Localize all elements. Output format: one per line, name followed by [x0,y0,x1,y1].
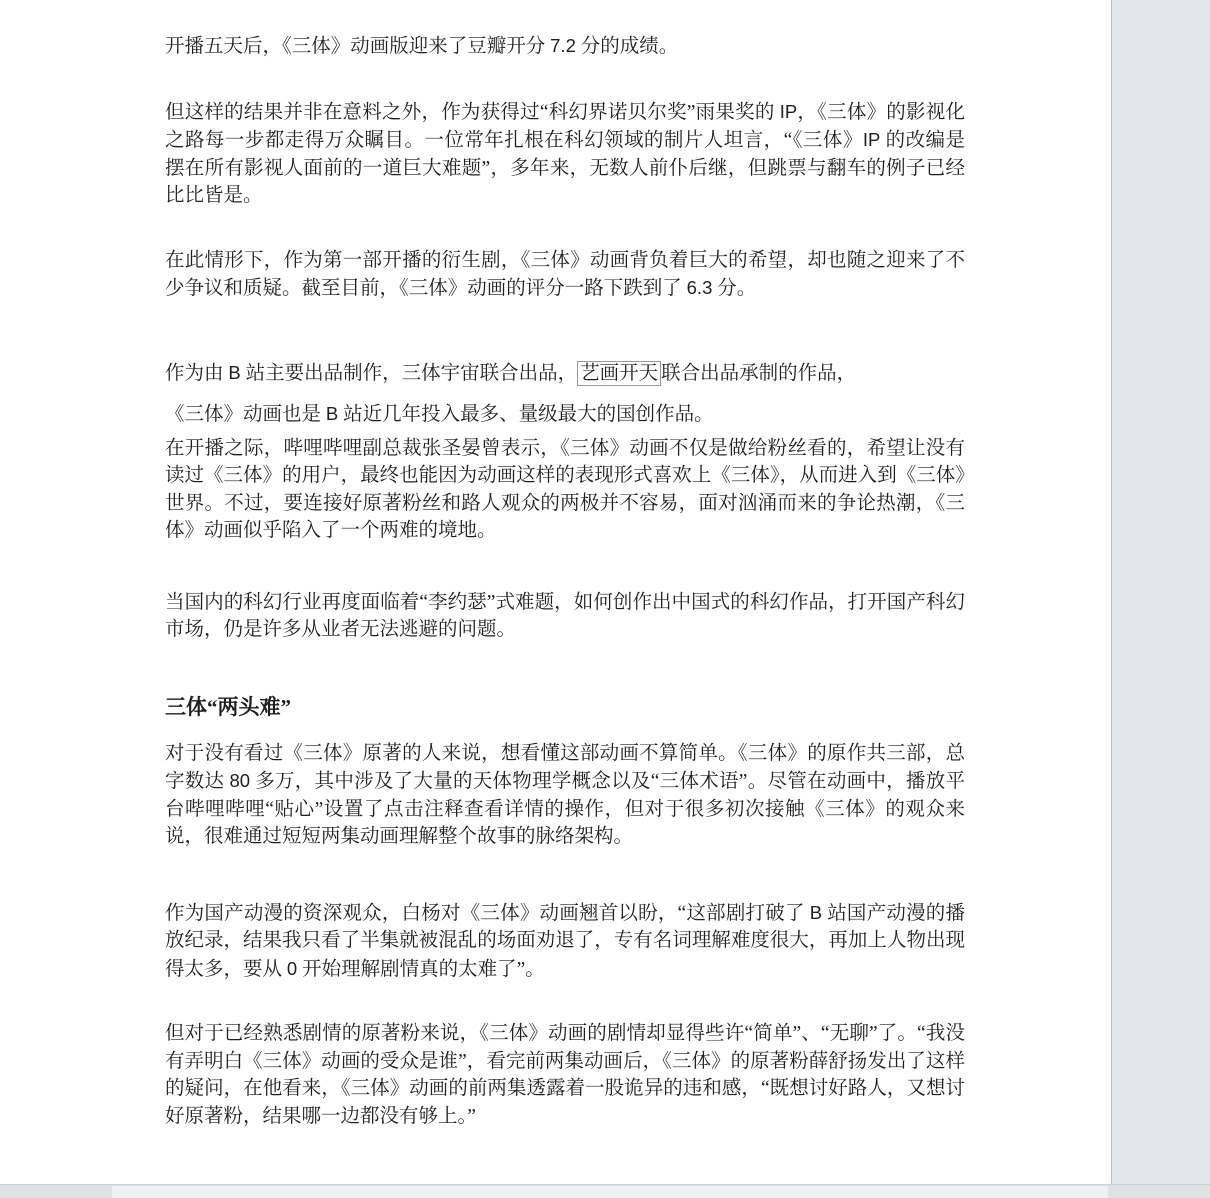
paragraph: 作为由 B 站主要出品制作，三体宇宙联合出品，艺画开天联合出品承制的作品， [165,359,965,388]
section-heading: 三体“两头难” [165,692,965,722]
paragraph: 作为国产动漫的资深观众，白杨对《三体》动画翘首以盼，“这部剧打破了 B 站国产动… [165,899,965,984]
latin-text: IP [780,101,797,122]
paragraph: 对于没有看过《三体》原著的人来说，想看懂这部动画不算简单。《三体》的原作共三部，… [165,740,965,851]
boxed-term: 艺画开天 [577,361,661,386]
latin-text: 7.2 [550,35,576,56]
latin-text: 6.3 [687,277,713,298]
document-page: 开播五天后，《三体》动画版迎来了豆瓣开分 7.2 分的成绩。但这样的结果并非在意… [0,0,1112,1184]
latin-text: 80 [229,770,250,791]
canvas-background [1113,0,1210,1184]
latin-text: B [326,403,338,424]
latin-text: B [228,362,240,383]
horizontal-scrollbar[interactable] [0,1184,1210,1198]
latin-text: IP [863,129,880,150]
paragraph: 在开播之际，哔哩哔哩副总裁张圣晏曾表示，《三体》动画不仅是做给粉丝看的，希望让没… [165,435,965,545]
paragraph: 开播五天后，《三体》动画版迎来了豆瓣开分 7.2 分的成绩。 [165,32,965,61]
paragraph: 在此情形下，作为第一部开播的衍生剧，《三体》动画背负着巨大的希望，却也随之迎来了… [165,247,965,303]
document-content: 开播五天后，《三体》动画版迎来了豆瓣开分 7.2 分的成绩。但这样的结果并非在意… [165,32,965,1167]
document-viewport: 开播五天后，《三体》动画版迎来了豆瓣开分 7.2 分的成绩。但这样的结果并非在意… [0,0,1210,1198]
paragraph: 当国内的科幻行业再度面临着“李约瑟”式难题，如何创作出中国式的科幻作品，打开国产… [165,589,965,644]
horizontal-scrollbar-thumb[interactable] [112,1186,1108,1198]
paragraph: 但对于已经熟悉剧情的原著粉来说，《三体》动画的剧情却显得些许“简单”、“无聊”了… [165,1020,965,1130]
latin-text: B [810,902,822,923]
latin-text: 0 [287,958,297,979]
paragraph: 但这样的结果并非在意料之外，作为获得过“科幻界诺贝尔奖”雨果奖的 IP，《三体》… [165,98,965,210]
paragraph: 《三体》动画也是 B 站近几年投入最多、量级最大的国创作品。 [165,400,965,429]
